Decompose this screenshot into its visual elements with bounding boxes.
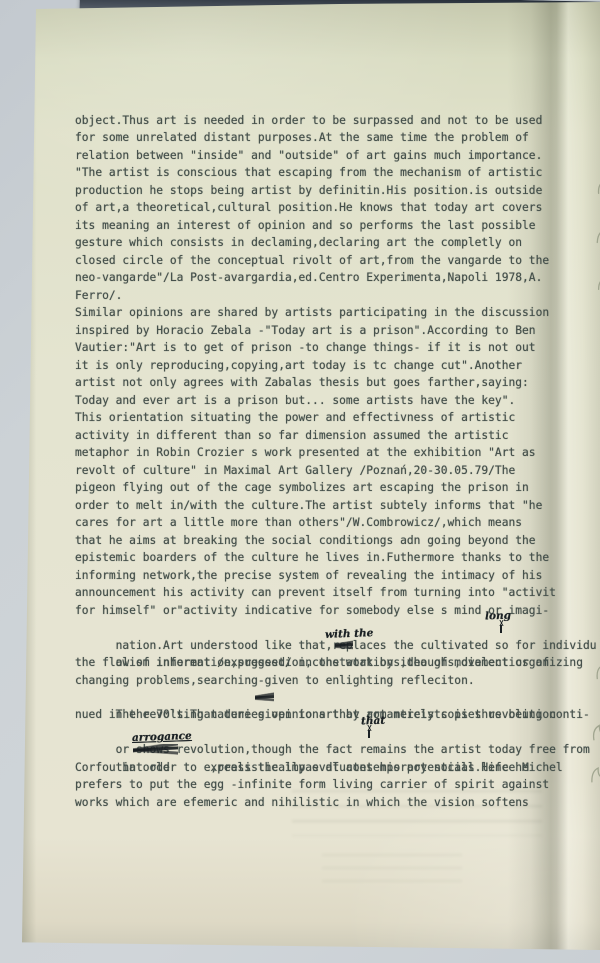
text-line: closed circle of the conceptual rivolt o… — [75, 252, 575, 269]
text-line: changing problems,searching-given to enl… — [75, 672, 575, 689]
text-line: inspired by Horacio Zebala -"Today art i… — [75, 322, 575, 339]
text-line: the flow of information,suggestion,const… — [75, 654, 575, 671]
text-line: of art,a theoretical,cultural position.H… — [75, 199, 575, 216]
text-line: object.Thus art is needed in order to be… — [75, 112, 575, 129]
text-line: for some unrelated distant purposes.At t… — [75, 129, 575, 146]
text-line: its meaning an interest of opinion and s… — [75, 217, 575, 234]
text-line: it is only reproducing,copying,art today… — [75, 357, 575, 374]
photograph-of-typewritten-page: object.Thus art is needed in order to be… — [0, 0, 600, 963]
text-line-with-correction: that old ,realistically evaluates his po… — [75, 741, 575, 758]
text-line: prefers to put the egg -infinite form li… — [75, 776, 575, 793]
text-line: neo-vangarde"/La Post-avargardia,ed.Cent… — [75, 269, 575, 286]
text-line: "The artist is conscious that escaping f… — [75, 164, 575, 181]
text-line: artist not only agrees with Zabalas thes… — [75, 374, 575, 391]
text-line: announcement his activity can prevent it… — [75, 584, 575, 601]
insertion-caret-icon — [364, 726, 373, 737]
text-line: informing network,the precise system of … — [75, 567, 575, 584]
text-line: Corfou in order to express the impas df … — [75, 759, 575, 776]
text-line: relation between "inside" and "outside" … — [75, 147, 575, 164]
text-line: gesture which consists in declaming,decl… — [75, 234, 575, 251]
text-line: pigeon flying out of the cage symbolizes… — [75, 479, 575, 496]
ink-strikethrough — [133, 744, 178, 755]
text-line: order to melt in/with the culture.The ar… — [75, 497, 575, 514]
ink-strikethrough — [255, 692, 274, 703]
handwritten-insertion: with the — [325, 628, 374, 640]
text-line: metaphor in Robin Crozier s work present… — [75, 444, 575, 461]
text-line: works which are efemeric and nihilistic … — [75, 794, 575, 811]
handwritten-insertion: that — [361, 716, 385, 727]
handwritten-insertion: arrogance — [132, 731, 192, 743]
margin-handwriting-scribbles-icon — [574, 32, 600, 912]
text-line: This orientation situating the power and… — [75, 409, 575, 426]
text-line-with-correction: alism inherent /expressed/ in the work b… — [75, 637, 575, 654]
text-line: Ferro/. — [75, 287, 575, 304]
ink-strikethrough — [335, 640, 353, 651]
show-through-smudge — [322, 854, 462, 884]
text-line: that he aims at breaking the social cond… — [75, 532, 575, 549]
text-line: Vautier:"Art is to get of prison -to cha… — [75, 339, 575, 356]
insertion-caret-icon — [496, 621, 505, 632]
text-line-with-strikeout: The revolting nature given to art by rom… — [75, 689, 575, 706]
text-line: activity in different than so far dimens… — [75, 427, 575, 444]
text-line: Similar opinions are shared by artists p… — [75, 304, 575, 321]
typewritten-text: object.Thus art is needed in order to be… — [75, 112, 575, 811]
text-line: Today and ever art is a prison but... so… — [75, 392, 575, 409]
text-line: revolt of culture" in Maximal Art Galler… — [75, 462, 575, 479]
text-line: epistemic boarders of the culture he liv… — [75, 549, 575, 566]
text-line: nued in the 70's.That denies opinions th… — [75, 706, 575, 723]
text-line: cares for art a little more than others"… — [75, 514, 575, 531]
text-line: production he stops being artist by defi… — [75, 182, 575, 199]
